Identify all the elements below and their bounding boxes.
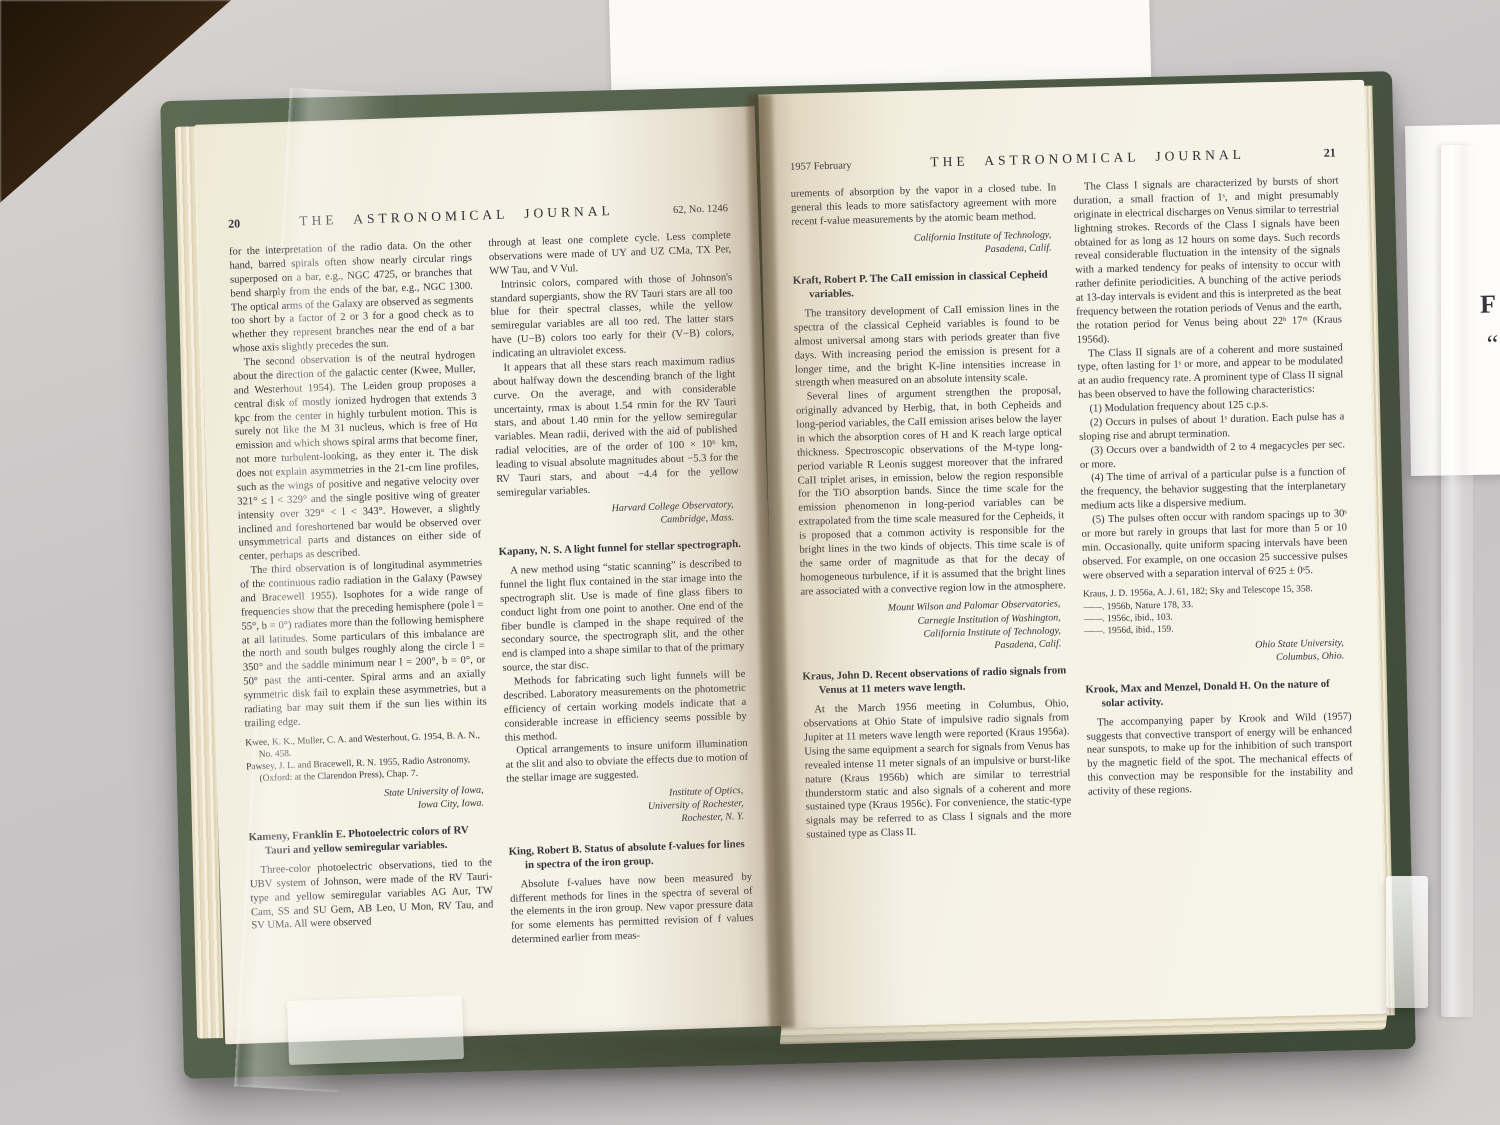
right-page-column-2: The Class I signals are characterized by… <box>1073 174 1354 835</box>
paragraph-continuation: for the interpretation of the radio data… <box>229 238 475 357</box>
photo-scene: F “ 20 THE ASTRONOMICAL JOURNAL 62, No. … <box>0 0 1500 1125</box>
right-page-header: 1957 February THE ASTRONOMICAL JOURNAL 2… <box>758 80 1366 175</box>
paragraph: Several lines of argument strengthen the… <box>796 385 1067 600</box>
book: 20 THE ASTRONOMICAL JOURNAL 62, No. 1246… <box>160 71 1416 1079</box>
page-number: 20 <box>228 216 240 231</box>
reference-list: Kraus, J. D. 1956a, A. J. 61, 182; Sky a… <box>1083 583 1350 638</box>
right-page: 1957 February THE ASTRONOMICAL JOURNAL 2… <box>758 80 1387 1029</box>
left-page-body: for the interpretation of the radio data… <box>198 214 782 957</box>
signature: Harvard College Observatory,Cambridge, M… <box>497 498 734 532</box>
entry-heading: Kameny, Franklin E. Photoelectric colors… <box>248 822 491 858</box>
left-page-column-2: through at least one complete cycle. Les… <box>488 229 754 948</box>
card-letter: F <box>1480 290 1496 320</box>
paragraph: At the March 1956 meeting in Columbus, O… <box>803 697 1072 842</box>
acrylic-stand-arm <box>1441 145 1473 1017</box>
paragraph: The accompanying paper by Krook and Wild… <box>1086 710 1353 800</box>
paragraph: The Class I signals are characterized by… <box>1073 174 1342 347</box>
signature: Institute of Optics,University of Roches… <box>507 784 745 831</box>
left-page-column-1: for the interpretation of the radio data… <box>229 238 495 957</box>
right-page-body: urements of absorption by the vapor in a… <box>760 160 1382 844</box>
card-quote-mark: “ <box>1487 329 1499 359</box>
book-shadow <box>190 1035 1400 1090</box>
paragraph: Optical arrangements to insure uniform i… <box>505 737 749 787</box>
signature: California Institute of Technology,Pasad… <box>792 228 1052 261</box>
paragraph: (4) The time of arrival of a particular … <box>1080 466 1346 514</box>
paragraph: The second observation is of the neutral… <box>233 349 482 565</box>
reference-list: Kwee, K. K., Muller, C. A. and Westerhou… <box>245 729 489 786</box>
left-page: 20 THE ASTRONOMICAL JOURNAL 62, No. 1246… <box>195 106 785 1044</box>
page-number: 21 <box>1324 145 1336 160</box>
paragraph: The transitory development of CaII emiss… <box>793 301 1060 391</box>
acrylic-stand-foot <box>1386 876 1428 1008</box>
right-page-column-1: urements of absorption by the vapor in a… <box>791 181 1072 842</box>
signature: Mount Wilson and Palomar Observatories,C… <box>801 598 1062 657</box>
paragraph: Three-color photoelectric observations, … <box>249 856 494 933</box>
paragraph: Intrinsic colors, compared with those of… <box>490 271 735 362</box>
paragraph: (5) The pulses often occur with random s… <box>1081 507 1348 583</box>
issue-number: 62, No. 1246 <box>673 203 728 216</box>
paragraph: Methods for fabricating such light funne… <box>503 668 748 745</box>
signature: State University of Iowa,Iowa City, Iowa… <box>247 783 484 817</box>
paragraph: A new method using “static scanning” is … <box>499 557 745 676</box>
signature: Ohio State University,Columbus, Ohio. <box>1084 637 1344 670</box>
entry-heading: King, Robert B. Status of absolute f-val… <box>508 836 751 872</box>
paragraph: The Class II signals are of a coherent a… <box>1077 341 1344 403</box>
issue-date: 1957 February <box>790 160 852 173</box>
entry-heading: Kapany, N. S. A light funnel for stellar… <box>498 537 741 559</box>
paragraph: It appears that all these stars reach ma… <box>492 354 739 501</box>
entry-heading: Kraft, Robert P. The CaII emission in cl… <box>793 267 1059 302</box>
left-page-header: 20 THE ASTRONOMICAL JOURNAL 62, No. 1246 <box>195 106 758 233</box>
paragraph: The third observation is of longitudinal… <box>239 557 487 731</box>
paragraph: Absolute f-values have now been measured… <box>509 870 754 947</box>
entry-heading: Krook, Max and Menzel, Donald H. On the … <box>1085 676 1351 711</box>
paragraph-continuation: urements of absorption by the vapor in a… <box>791 181 1057 229</box>
entry-heading: Kraus, John D. Recent observations of ra… <box>802 663 1068 698</box>
